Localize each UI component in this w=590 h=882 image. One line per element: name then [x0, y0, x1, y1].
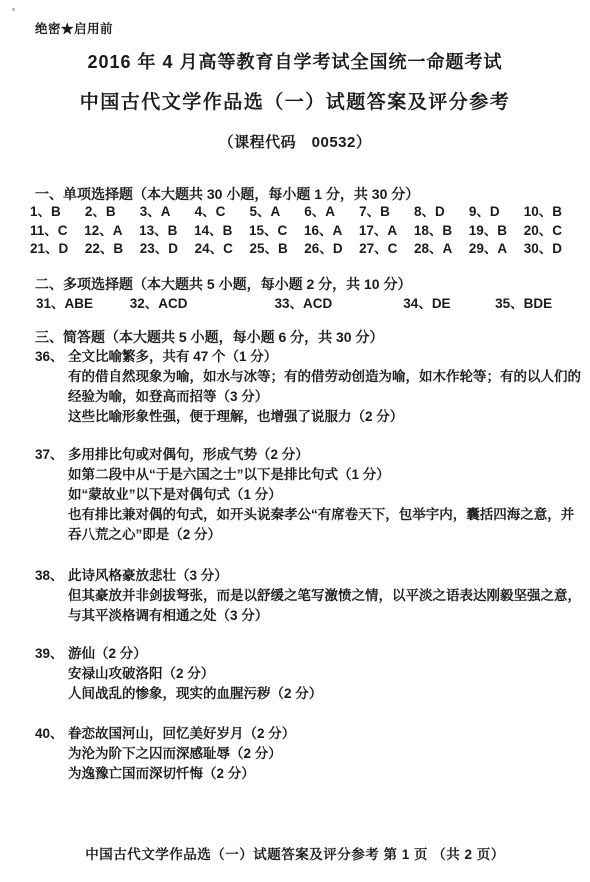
question-40-answer: 40、 眷恋故国河山，回忆美好岁月（2 分） 为沦为阶下之囚而深感耻辱（2 分）… — [35, 724, 584, 784]
answer-line: 人间战乱的惨象，现实的血腥污秽（2 分） — [68, 684, 584, 704]
security-marking: 绝密★启用前 — [35, 19, 113, 37]
answer-line: 全文比喻繁多，共有 47 个（1 分） — [68, 347, 584, 367]
question-number: 36、 — [35, 347, 68, 367]
answer-cell: 8、D — [414, 203, 445, 222]
answer-line: 这些比喻形象性强，便于理解，也增强了说服力（2 分） — [68, 407, 584, 427]
question-39-answer: 39、 游仙（2 分） 安禄山攻破洛阳（2 分） 人间战乱的惨象，现实的血腥污秽… — [35, 644, 584, 704]
answer-line: 安禄山攻破洛阳（2 分） — [68, 664, 584, 684]
answer-line: 多用排比句或对偶句，形成气势（2 分） — [68, 445, 584, 465]
answer-cell: 6、A — [304, 203, 335, 222]
answer-cell: 13、B — [139, 222, 177, 241]
answer-cell: 1、B — [30, 203, 61, 222]
answer-cell: 30、D — [524, 240, 562, 259]
answer-line: 经验为喻，如登高而招等（3 分） — [68, 387, 584, 407]
answer-cell: 25、B — [249, 240, 287, 259]
single-choice-answer-grid: 1、B 2、B 3、A 4、C 5、A 6、A 7、B 8、D 9、D 10、B… — [30, 203, 562, 259]
answer-cell: 18、B — [414, 222, 452, 241]
answer-lines: 眷恋故国河山，回忆美好岁月（2 分） 为沦为阶下之囚而深感耻辱（2 分） 为逸豫… — [68, 724, 584, 784]
answer-cell: 27、C — [359, 240, 397, 259]
answer-line: 如第二段中从“于是六国之士”以下是排比句式（1 分） — [68, 465, 584, 485]
answer-cell: 34、DE — [403, 292, 491, 312]
answer-line: 眷恋故国河山，回忆美好岁月（2 分） — [68, 724, 584, 744]
answer-line: 此诗风格豪放悲壮（3 分） — [68, 566, 584, 586]
answer-cell: 14、B — [194, 222, 232, 241]
section-heading-single-choice: 一、单项选择题（本大题共 30 小题，每小题 1 分，共 30 分） — [35, 184, 419, 204]
answer-cell: 9、D — [469, 203, 500, 222]
answer-cell: 3、A — [140, 203, 171, 222]
question-38-answer: 38、 此诗风格豪放悲壮（3 分） 但其豪放并非剑拔弩张，而是以舒缓之笔写激愤之… — [35, 566, 584, 626]
paper-title: 中国古代文学作品选（一）试题答案及评分参考 — [0, 87, 590, 114]
answer-lines: 全文比喻繁多，共有 47 个（1 分） 有的借自然现象为喻，如水与冰等；有的借劳… — [68, 347, 584, 427]
answer-cell: 28、A — [414, 240, 452, 259]
answer-cell: 15、C — [249, 222, 287, 241]
answer-cell: 4、C — [195, 203, 226, 222]
answer-cell: 2、B — [85, 203, 116, 222]
answer-lines: 此诗风格豪放悲壮（3 分） 但其豪放并非剑拔弩张，而是以舒缓之笔写激愤之情，以平… — [68, 566, 584, 626]
answer-cell: 26、D — [304, 240, 342, 259]
answer-row-11-20: 11、C 12、A 13、B 14、B 15、C 16、A 17、A 18、B … — [30, 222, 562, 241]
answer-cell: 11、C — [30, 222, 68, 241]
answer-row-1-10: 1、B 2、B 3、A 4、C 5、A 6、A 7、B 8、D 9、D 10、B — [30, 203, 562, 222]
section-heading-multi-choice: 二、多项选择题（本大题共 5 小题，每小题 2 分，共 10 分） — [35, 274, 411, 294]
answer-cell: 29、A — [469, 240, 507, 259]
answer-row-21-30: 21、D 22、B 23、D 24、C 25、B 26、D 27、C 28、A … — [30, 240, 562, 259]
question-number: 38、 — [35, 566, 68, 586]
question-number: 37、 — [35, 445, 68, 465]
question-36-answer: 36、 全文比喻繁多，共有 47 个（1 分） 有的借自然现象为喻，如水与冰等；… — [35, 347, 584, 427]
course-code: （课程代码 00532） — [0, 131, 590, 152]
answer-cell: 24、C — [195, 240, 233, 259]
answer-line: 但其豪放并非剑拔弩张，而是以舒缓之笔写激愤之情，以平淡之语表达刚毅坚强之意， — [68, 586, 584, 606]
answer-cell: 16、A — [304, 222, 342, 241]
question-number: 39、 — [35, 644, 68, 664]
answer-cell: 22、B — [85, 240, 123, 259]
answer-lines: 游仙（2 分） 安禄山攻破洛阳（2 分） 人间战乱的惨象，现实的血腥污秽（2 分… — [68, 644, 584, 704]
answer-line: 为沦为阶下之囚而深感耻辱（2 分） — [68, 744, 584, 764]
answer-line: 吞八荒之心”即是（2 分） — [68, 525, 584, 545]
section-heading-short-answer: 三、简答题（本大题共 5 小题，每小题 6 分，共 30 分） — [35, 327, 383, 347]
answer-cell: 21、D — [30, 240, 68, 259]
multi-choice-answer-row: 31、ABE 32、ACD 33、ACD 34、DE 35、BDE — [36, 292, 552, 312]
answer-cell: 20、C — [524, 222, 562, 241]
answer-cell: 35、BDE — [495, 292, 552, 312]
answer-line: 如“蒙故业”以下是对偶句式（1 分） — [68, 485, 584, 505]
answer-line: 也有排比兼对偶的句式，如开头说秦孝公“有席卷天下，包举宇内，囊括四海之意，并 — [68, 505, 584, 525]
answer-line: 为逸豫亡国而深切忏悔（2 分） — [68, 764, 584, 784]
question-number: 40、 — [35, 724, 68, 744]
page-footer: 中国古代文学作品选（一）试题答案及评分参考 第 1 页 （共 2 页） — [0, 843, 590, 863]
answer-cell: 10、B — [524, 203, 562, 222]
answer-line: 有的借自然现象为喻，如水与冰等；有的借劳动创造为喻，如木作轮等；有的以人们的 — [68, 367, 584, 387]
answer-cell: 19、B — [469, 222, 507, 241]
exam-title: 2016 年 4 月高等教育自学考试全国统一命题考试 — [0, 48, 590, 74]
answer-cell: 31、ABE — [36, 292, 126, 312]
answer-cell: 33、ACD — [275, 292, 400, 312]
answer-line: 游仙（2 分） — [68, 644, 584, 664]
answer-cell: 17、A — [359, 222, 397, 241]
answer-line: 与其平淡格调有相通之处（3 分） — [68, 606, 584, 626]
answer-cell: 7、B — [359, 203, 390, 222]
scan-speck — [12, 8, 15, 11]
answer-cell: 23、D — [140, 240, 178, 259]
answer-cell: 5、A — [249, 203, 280, 222]
answer-cell: 32、ACD — [130, 292, 271, 312]
question-37-answer: 37、 多用排比句或对偶句，形成气势（2 分） 如第二段中从“于是六国之士”以下… — [35, 445, 584, 545]
exam-answer-page: 绝密★启用前 2016 年 4 月高等教育自学考试全国统一命题考试 中国古代文学… — [0, 0, 590, 882]
answer-lines: 多用排比句或对偶句，形成气势（2 分） 如第二段中从“于是六国之士”以下是排比句… — [68, 445, 584, 545]
answer-cell: 12、A — [84, 222, 122, 241]
